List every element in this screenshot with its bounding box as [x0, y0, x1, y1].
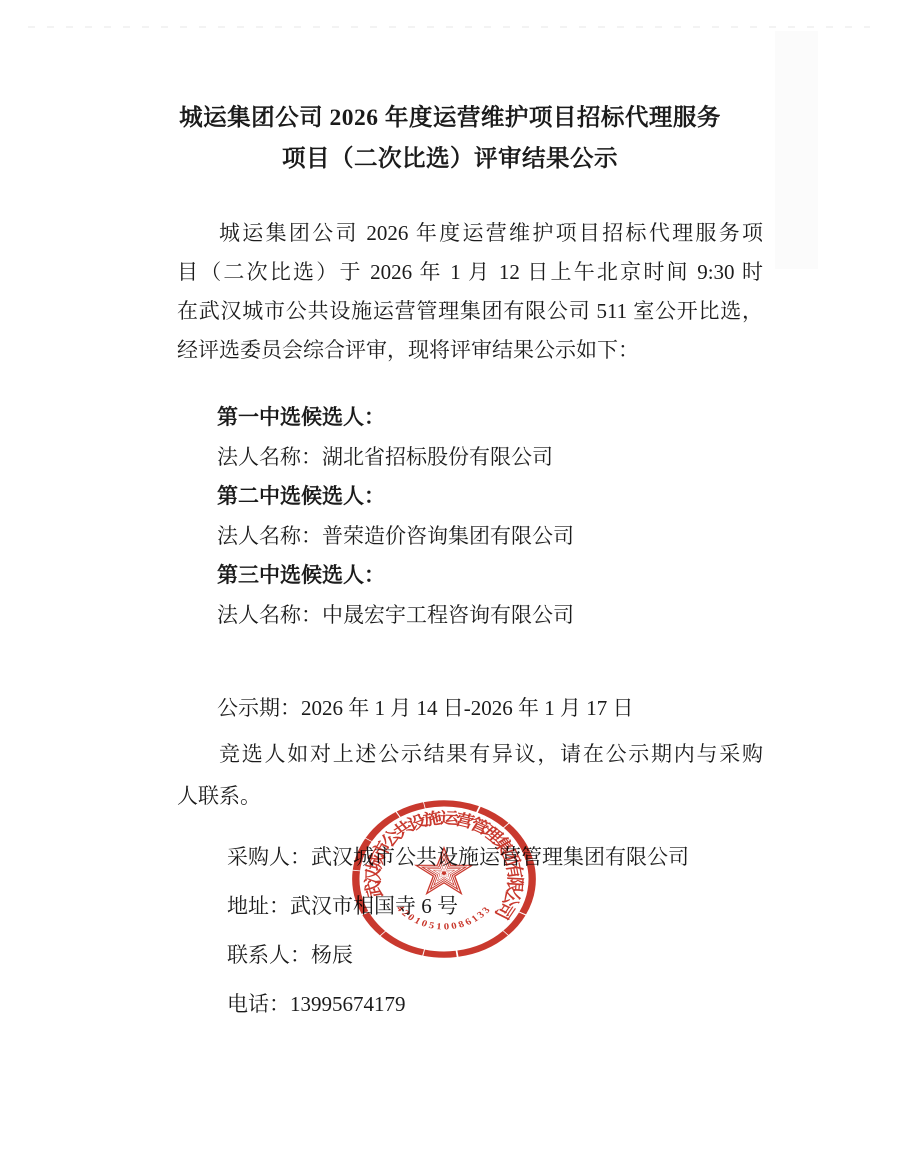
legal-name-label: 法人名称：	[217, 603, 322, 627]
intro-line: 目（二次比选）于 2026 年 1 月 12 日上午北京时间 9:30 时	[177, 253, 763, 292]
objection-line: 竞选人如对上述公示结果有异议，请在公示期内与采购	[177, 733, 763, 775]
candidate-3-company: 中晟宏宇工程咨询有限公司	[322, 603, 574, 627]
phone-value: 13995674179	[290, 992, 406, 1016]
document-title-line1: 城运集团公司 2026 年度运营维护项目招标代理服务	[0, 98, 900, 139]
official-seal: 武汉城市公共设施运营管理集团有限公司 42010510086133	[346, 795, 542, 963]
candidate-1-name-line: 法人名称：湖北省招标股份有限公司	[177, 438, 777, 478]
intro-paragraph: 城运集团公司 2026 年度运营维护项目招标代理服务项 目（二次比选）于 202…	[177, 214, 763, 370]
seal-registration-code: 42010510086133	[394, 904, 495, 933]
intro-line: 在武汉城市公共设施运营管理集团有限公司 511 室公开比选，	[177, 292, 763, 331]
scan-artifact-dotted-line	[28, 26, 870, 28]
publicity-period-line: 公示期：2026 年 1 月 14 日-2026 年 1 月 17 日	[177, 688, 777, 729]
legal-name-label: 法人名称：	[217, 445, 322, 469]
contact-label: 联系人：	[227, 943, 311, 967]
purchaser-label: 采购人：	[227, 845, 311, 869]
star-icon	[416, 848, 472, 894]
svg-text:42010510086133: 42010510086133	[394, 904, 495, 933]
document-title: 城运集团公司 2026 年度运营维护项目招标代理服务 项目（二次比选）评审结果公…	[0, 98, 900, 180]
document-title-line2: 项目（二次比选）评审结果公示	[0, 139, 900, 180]
phone-label: 电话：	[227, 992, 290, 1016]
candidate-3-heading: 第三中选候选人：	[177, 556, 777, 596]
legal-name-label: 法人名称：	[217, 524, 322, 548]
candidate-2-name-line: 法人名称：普荣造价咨询集团有限公司	[177, 517, 777, 557]
candidate-2-heading: 第二中选候选人：	[177, 477, 777, 517]
candidate-1-heading: 第一中选候选人：	[177, 398, 777, 438]
candidate-list: 第一中选候选人： 法人名称：湖北省招标股份有限公司 第二中选候选人： 法人名称：…	[177, 398, 777, 635]
intro-line: 经评选委员会综合评审，现将评审结果公示如下：	[177, 331, 763, 370]
address-label: 地址：	[227, 894, 290, 918]
intro-line: 城运集团公司 2026 年度运营维护项目招标代理服务项	[177, 214, 763, 253]
candidate-2-company: 普荣造价咨询集团有限公司	[322, 524, 574, 548]
document-page: 城运集团公司 2026 年度运营维护项目招标代理服务 项目（二次比选）评审结果公…	[0, 0, 900, 1165]
phone-line: 电话：13995674179	[227, 980, 827, 1029]
candidate-3-name-line: 法人名称：中晟宏宇工程咨询有限公司	[177, 596, 777, 636]
candidate-1-company: 湖北省招标股份有限公司	[322, 445, 553, 469]
